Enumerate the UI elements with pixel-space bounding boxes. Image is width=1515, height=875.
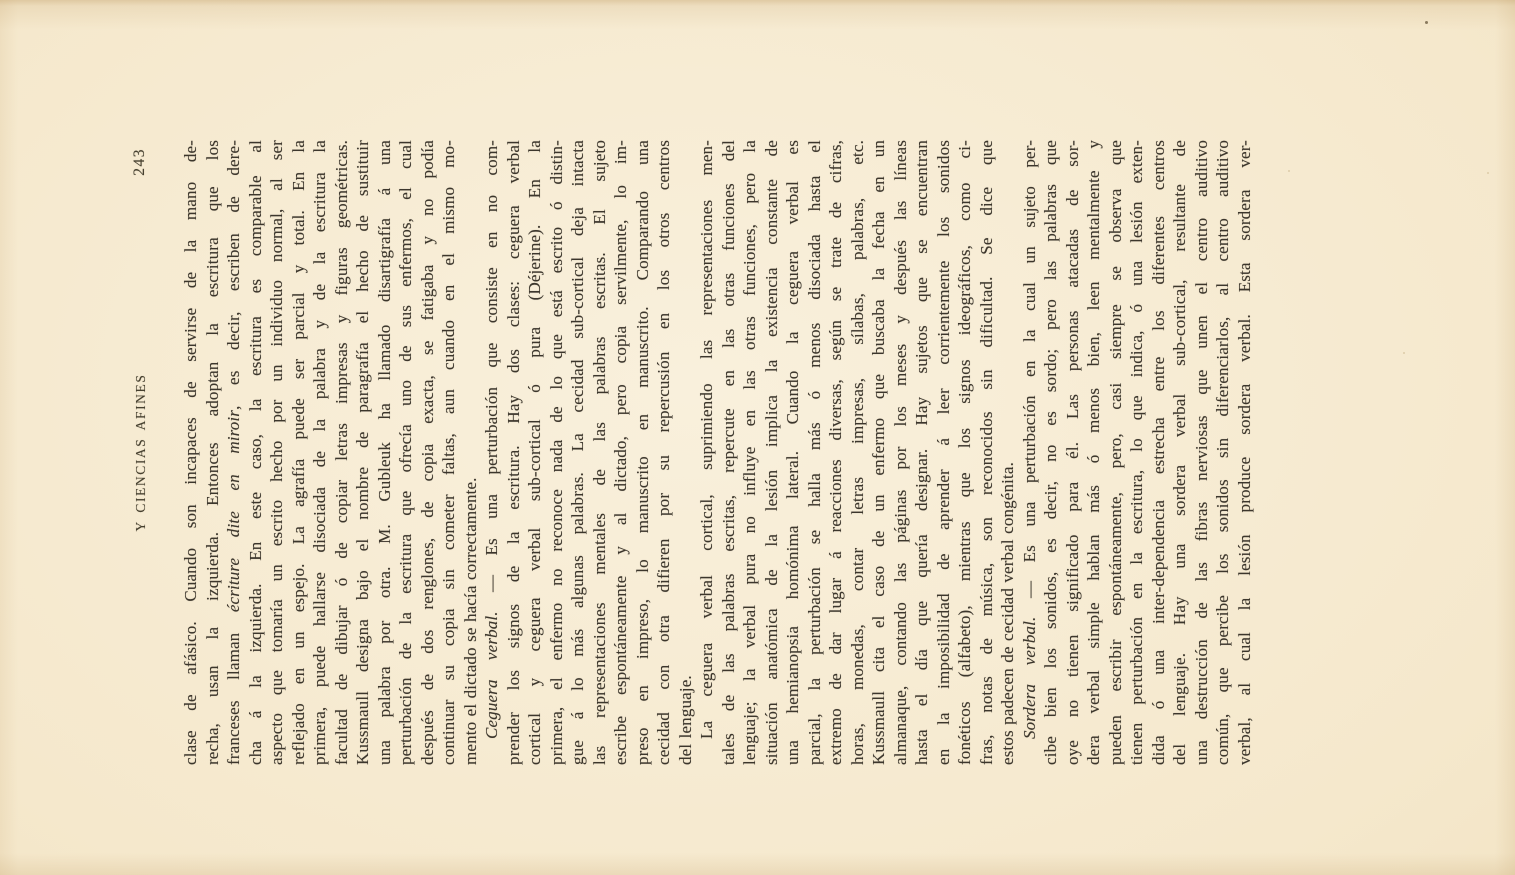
text-run: franceses llaman [224, 612, 243, 765]
text-run: preso en impreso, lo manuscrito en manus… [633, 140, 652, 765]
text-line: cecidad con otra difieren por su repercu… [653, 140, 675, 765]
text-run: hasta el día que quería designar. Hay su… [912, 140, 931, 765]
text-line: primera, puede hallarse disociada de la … [309, 140, 331, 765]
text-line: aspecto que tomaría un escrito hecho por… [266, 140, 288, 765]
text-run: aspecto que tomaría un escrito hecho por… [267, 140, 286, 765]
text-line: La ceguera verbal cortical, suprimiendo … [696, 140, 718, 765]
text-run: , es decir, escriben de dere- [224, 140, 243, 410]
text-run: continuar su copia sin cometer faltas, a… [439, 140, 458, 765]
text-line: horas, monedas, contar letras impresas, … [847, 140, 869, 765]
text-run: verbal, al cual la lesión produce sorder… [1235, 140, 1254, 765]
text-line: cha á la izquierda. En este caso, la esc… [245, 140, 267, 765]
text-run: escribe espontáneamente y al dictado, pe… [611, 140, 630, 765]
text-run: primera, el enfermo no reconoce nada de … [547, 140, 566, 765]
text-line: dida ó una inter-dependencia estrecha en… [1148, 140, 1170, 765]
text-run: dida ó una inter-dependencia estrecha en… [1149, 140, 1168, 765]
text-run: — Es una perturbación en la cual un suje… [1020, 140, 1039, 617]
text-run: del lenguaje. [676, 675, 695, 765]
text-run: extremo de dar lugar á reacciones divers… [826, 140, 845, 765]
text-line: pueden escribir espontáneamente, pero, c… [1105, 140, 1127, 765]
text-run: común, que percibe los sonidos sin difer… [1213, 140, 1232, 765]
text-line: en la imposibilidad de aprender á leer c… [933, 140, 955, 765]
text-run: Kussmaull designa bajo el nombre de para… [353, 140, 372, 765]
text-run: Kussmaull cita el caso de un enfermo que… [869, 140, 888, 765]
text-run: dera verbal simple hablan más ó menos bi… [1084, 140, 1103, 765]
text-line: verbal, al cual la lesión produce sorder… [1234, 140, 1256, 765]
text-run: clase de afásico. Cuando son incapaces d… [181, 140, 200, 765]
text-run: reflejado en un espejo. La agrafía puede… [289, 140, 308, 765]
text-run: del lenguaje. Hay una sordera verbal sub… [1170, 140, 1189, 765]
text-run: estos padecen de cecidad verbal congénit… [998, 462, 1017, 765]
text-line: parcial, la perturbación se halla más ó … [804, 140, 826, 765]
text-run: pueden escribir espontáneamente, pero, c… [1106, 140, 1125, 765]
text-line: fonéticos (alfabeto), mientras que los s… [954, 140, 976, 765]
text-run: almanaque, contando las páginas por los … [891, 140, 910, 765]
text-run: primera, puede hallarse disociada de la … [310, 140, 329, 765]
text-line: Sordera verbal. — Es una perturbación en… [1019, 140, 1041, 765]
text-line: mento el dictado se hacía correctamente. [460, 140, 482, 765]
body-text: clase de afásico. Cuando son incapaces d… [180, 140, 1255, 765]
text-run: una palabra por otra. M. Gubleuk ha llam… [375, 140, 394, 765]
text-run: horas, monedas, contar letras impresas, … [848, 140, 867, 765]
text-run: fonéticos (alfabeto), mientras que los s… [955, 140, 974, 765]
scanned-book-page: Y CIENCIAS AFINES 243 clase de afásico. … [0, 0, 1515, 875]
text-line: del lenguaje. Hay una sordera verbal sub… [1169, 140, 1191, 765]
text-line: tales de las palabras escritas, repercut… [718, 140, 740, 765]
text-line: una palabra por otra. M. Gubleuk ha llam… [374, 140, 396, 765]
text-run: gue á lo más algunas palabras. La cecida… [568, 140, 587, 765]
text-run: oye no tienen significado para él. Las p… [1063, 140, 1082, 765]
italic-text-run: Ceguera verbal. [482, 611, 501, 739]
text-run: cha á la izquierda. En este caso, la esc… [246, 140, 265, 765]
text-line: una destrucción de las fibras nerviosas … [1191, 140, 1213, 765]
text-line: cibe bien los sonidos, es decir, no es s… [1040, 140, 1062, 765]
text-run: recha, usan la izquierda. Entonces adopt… [203, 140, 222, 765]
text-line: clase de afásico. Cuando son incapaces d… [180, 140, 202, 765]
text-line: oye no tienen significado para él. Las p… [1062, 140, 1084, 765]
rotated-page-content: Y CIENCIAS AFINES 243 clase de afásico. … [0, 0, 1515, 875]
text-run: La ceguera verbal cortical, suprimiendo … [697, 140, 716, 739]
text-line: recha, usan la izquierda. Entonces adopt… [202, 140, 224, 765]
text-line: preso en impreso, lo manuscrito en manus… [632, 140, 654, 765]
text-line: gue á lo más algunas palabras. La cecida… [567, 140, 589, 765]
italic-text-run: écriture dite en miroir [224, 410, 243, 612]
text-line: primera, el enfermo no reconoce nada de … [546, 140, 568, 765]
text-line: prender los signos de la escritura. Hay … [503, 140, 525, 765]
text-line: dera verbal simple hablan más ó menos bi… [1083, 140, 1105, 765]
text-run: tales de las palabras escritas, repercut… [719, 140, 738, 765]
text-line: Ceguera verbal. — Es una perturbación qu… [481, 140, 503, 765]
text-line: facultad de dibujar ó de copiar letras i… [331, 140, 353, 765]
text-line: común, que percibe los sonidos sin difer… [1212, 140, 1234, 765]
text-line: perturbación de la escritura que ofrecía… [395, 140, 417, 765]
text-run: en la imposibilidad de aprender á leer c… [934, 140, 953, 765]
text-line: del lenguaje. [675, 140, 697, 765]
text-line: estos padecen de cecidad verbal congénit… [997, 140, 1019, 765]
text-run: situación anatómica de la lesión implica… [762, 140, 781, 765]
text-line: fras, notas de música, son reconocidos s… [976, 140, 998, 765]
text-run: cibe bien los sonidos, es decir, no es s… [1041, 140, 1060, 765]
text-line: una hemianopsia homónima lateral. Cuando… [782, 140, 804, 765]
text-line: escribe espontáneamente y al dictado, pe… [610, 140, 632, 765]
text-line: hasta el día que quería designar. Hay su… [911, 140, 933, 765]
text-line: después de dos renglones, de copia exact… [417, 140, 439, 765]
text-run: perturbación de la escritura que ofrecía… [396, 140, 415, 765]
text-line: reflejado en un espejo. La agrafía puede… [288, 140, 310, 765]
text-run: mento el dictado se hacía correctamente. [461, 477, 480, 765]
text-run: lenguaje; la verbal pura no influye en l… [740, 140, 759, 765]
text-run: parcial, la perturbación se halla más ó … [805, 140, 824, 765]
italic-text-run: Sordera verbal. [1020, 617, 1039, 739]
text-run: cortical y ceguera verbal sub-cortical ó… [525, 140, 544, 765]
text-line: Kussmaull cita el caso de un enfermo que… [868, 140, 890, 765]
text-line: tienen perturbación en la escritura, lo … [1126, 140, 1148, 765]
text-run: después de dos renglones, de copia exact… [418, 140, 437, 765]
text-run: las representaciones mentales de las pal… [590, 140, 609, 765]
text-run: una destrucción de las fibras nerviosas … [1192, 140, 1211, 765]
text-run: una hemianopsia homónima lateral. Cuando… [783, 140, 802, 765]
page-header: Y CIENCIAS AFINES 243 [133, 140, 155, 765]
text-run: facultad de dibujar ó de copiar letras i… [332, 140, 351, 765]
text-line: extremo de dar lugar á reacciones divers… [825, 140, 847, 765]
text-line: almanaque, contando las páginas por los … [890, 140, 912, 765]
text-line: Kussmaull designa bajo el nombre de para… [352, 140, 374, 765]
text-run: fras, notas de música, son reconocidos s… [977, 140, 996, 765]
text-line: situación anatómica de la lesión implica… [761, 140, 783, 765]
text-run: tienen perturbación en la escritura, lo … [1127, 140, 1146, 765]
text-run: cecidad con otra difieren por su repercu… [654, 140, 673, 765]
text-line: franceses llaman écriture dite en miroir… [223, 140, 245, 765]
text-run: — Es una perturbación que consiste en no… [482, 140, 501, 611]
text-line: cortical y ceguera verbal sub-cortical ó… [524, 140, 546, 765]
text-line: las representaciones mentales de las pal… [589, 140, 611, 765]
text-run: prender los signos de la escritura. Hay … [504, 140, 523, 765]
page-number: 243 [131, 148, 149, 176]
text-line: lenguaje; la verbal pura no influye en l… [739, 140, 761, 765]
running-title: Y CIENCIAS AFINES [133, 140, 149, 765]
text-line: continuar su copia sin cometer faltas, a… [438, 140, 460, 765]
